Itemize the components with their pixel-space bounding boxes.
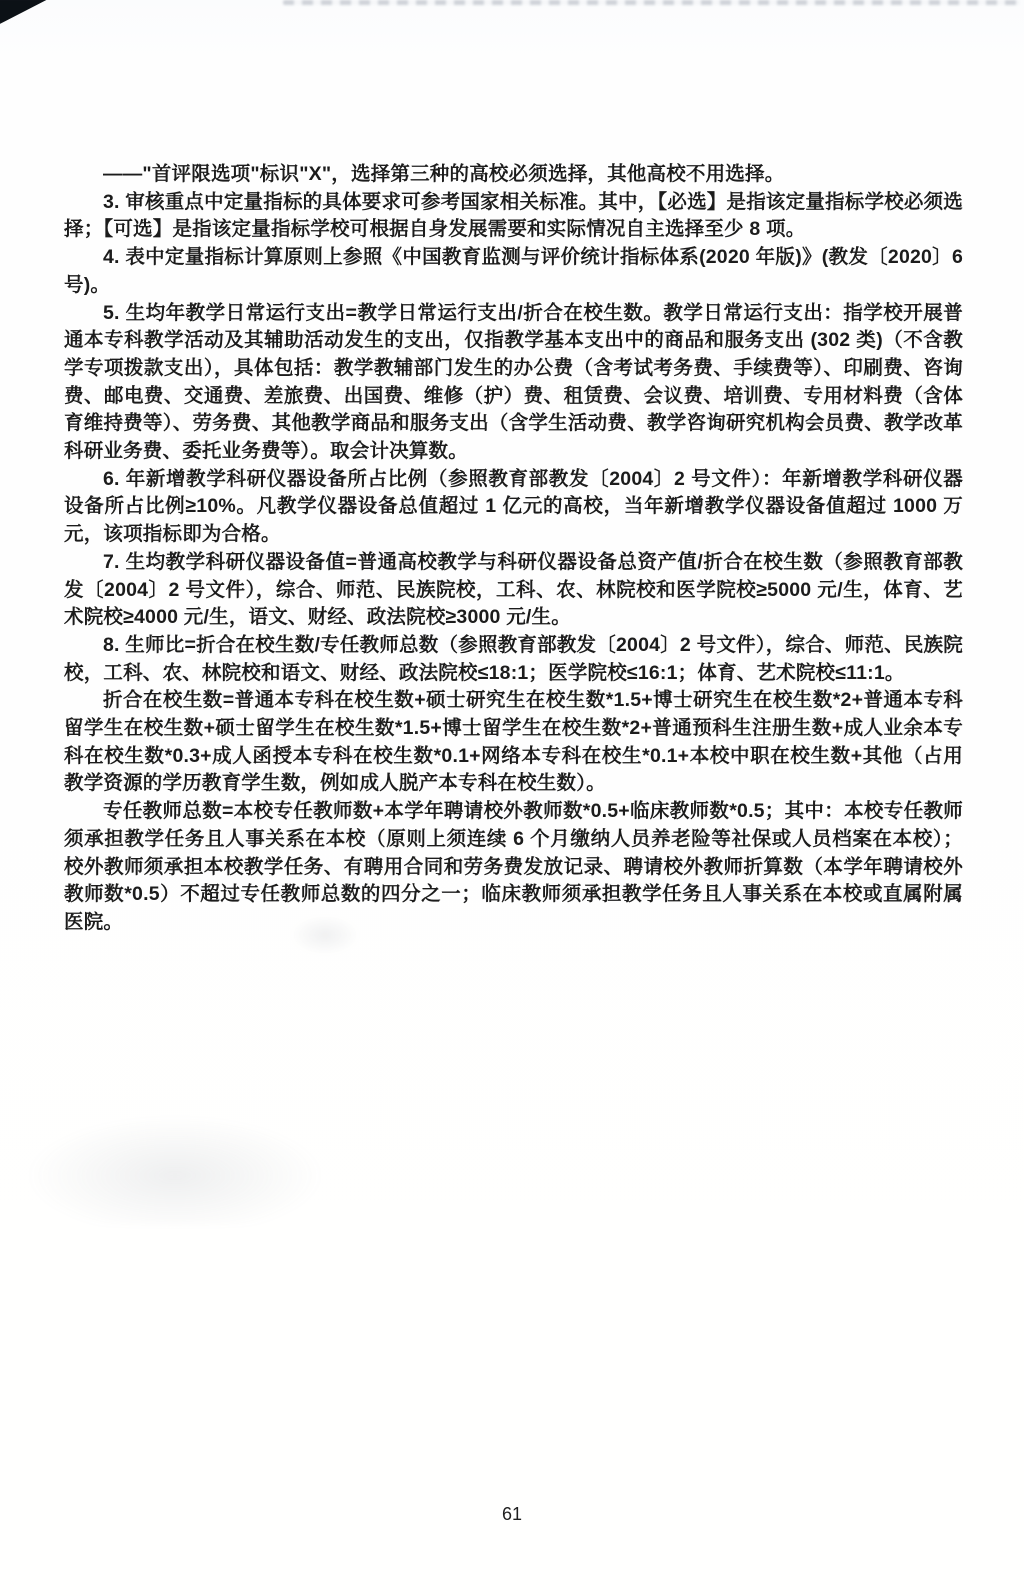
note-5-per-student-operating-expense: 5. 生均年教学日常运行支出=教学日常运行支出/折合在校生数。教学日常运行支出：… [64,300,963,466]
note-3-review-focus: 3. 审核重点中定量指标的具体要求可参考国家相关标准。其中，【必选】是指该定量指… [64,189,963,244]
notes-text-block: ——"首评限选项"标识"X"，选择第三种的高校必须选择，其他高校不用选择。 3.… [64,161,963,937]
scan-top-edge-artifact [283,0,1020,5]
note-4-indicator-calculation: 4. 表中定量指标计算原则上参照《中国教育监测与评价统计指标体系(2020 年版… [64,244,963,299]
note-7-per-student-equipment-value: 7. 生均教学科研仪器设备值=普通高校教学与科研仪器设备总资产值/折合在校生数（… [64,549,963,632]
note-fulltime-teacher-total-formula: 专任教师总数=本校专任教师数+本学年聘请校外教师数*0.5+临床教师数*0.5；… [64,798,963,937]
note-converted-enrollment-formula: 折合在校生数=普通本专科在校生数+硕士研究生在校生数*1.5+博士研究生在校生数… [64,687,963,798]
note-6-new-equipment-ratio: 6. 年新增教学科研仪器设备所占比例（参照教育部教发〔2004〕2 号文件）：年… [64,466,963,549]
scan-corner-artifact [0,0,58,28]
note-dash-first-eval-option: ——"首评限选项"标识"X"，选择第三种的高校必须选择，其他高校不用选择。 [64,161,963,189]
page-number: 61 [0,1504,1024,1525]
document-page: ——"首评限选项"标识"X"，选择第三种的高校必须选择，其他高校不用选择。 3.… [0,0,1024,1596]
note-8-student-teacher-ratio: 8. 生师比=折合在校生数/专任教师总数（参照教育部教发〔2004〕2 号文件）… [64,632,963,687]
scan-smudge [25,1115,325,1225]
